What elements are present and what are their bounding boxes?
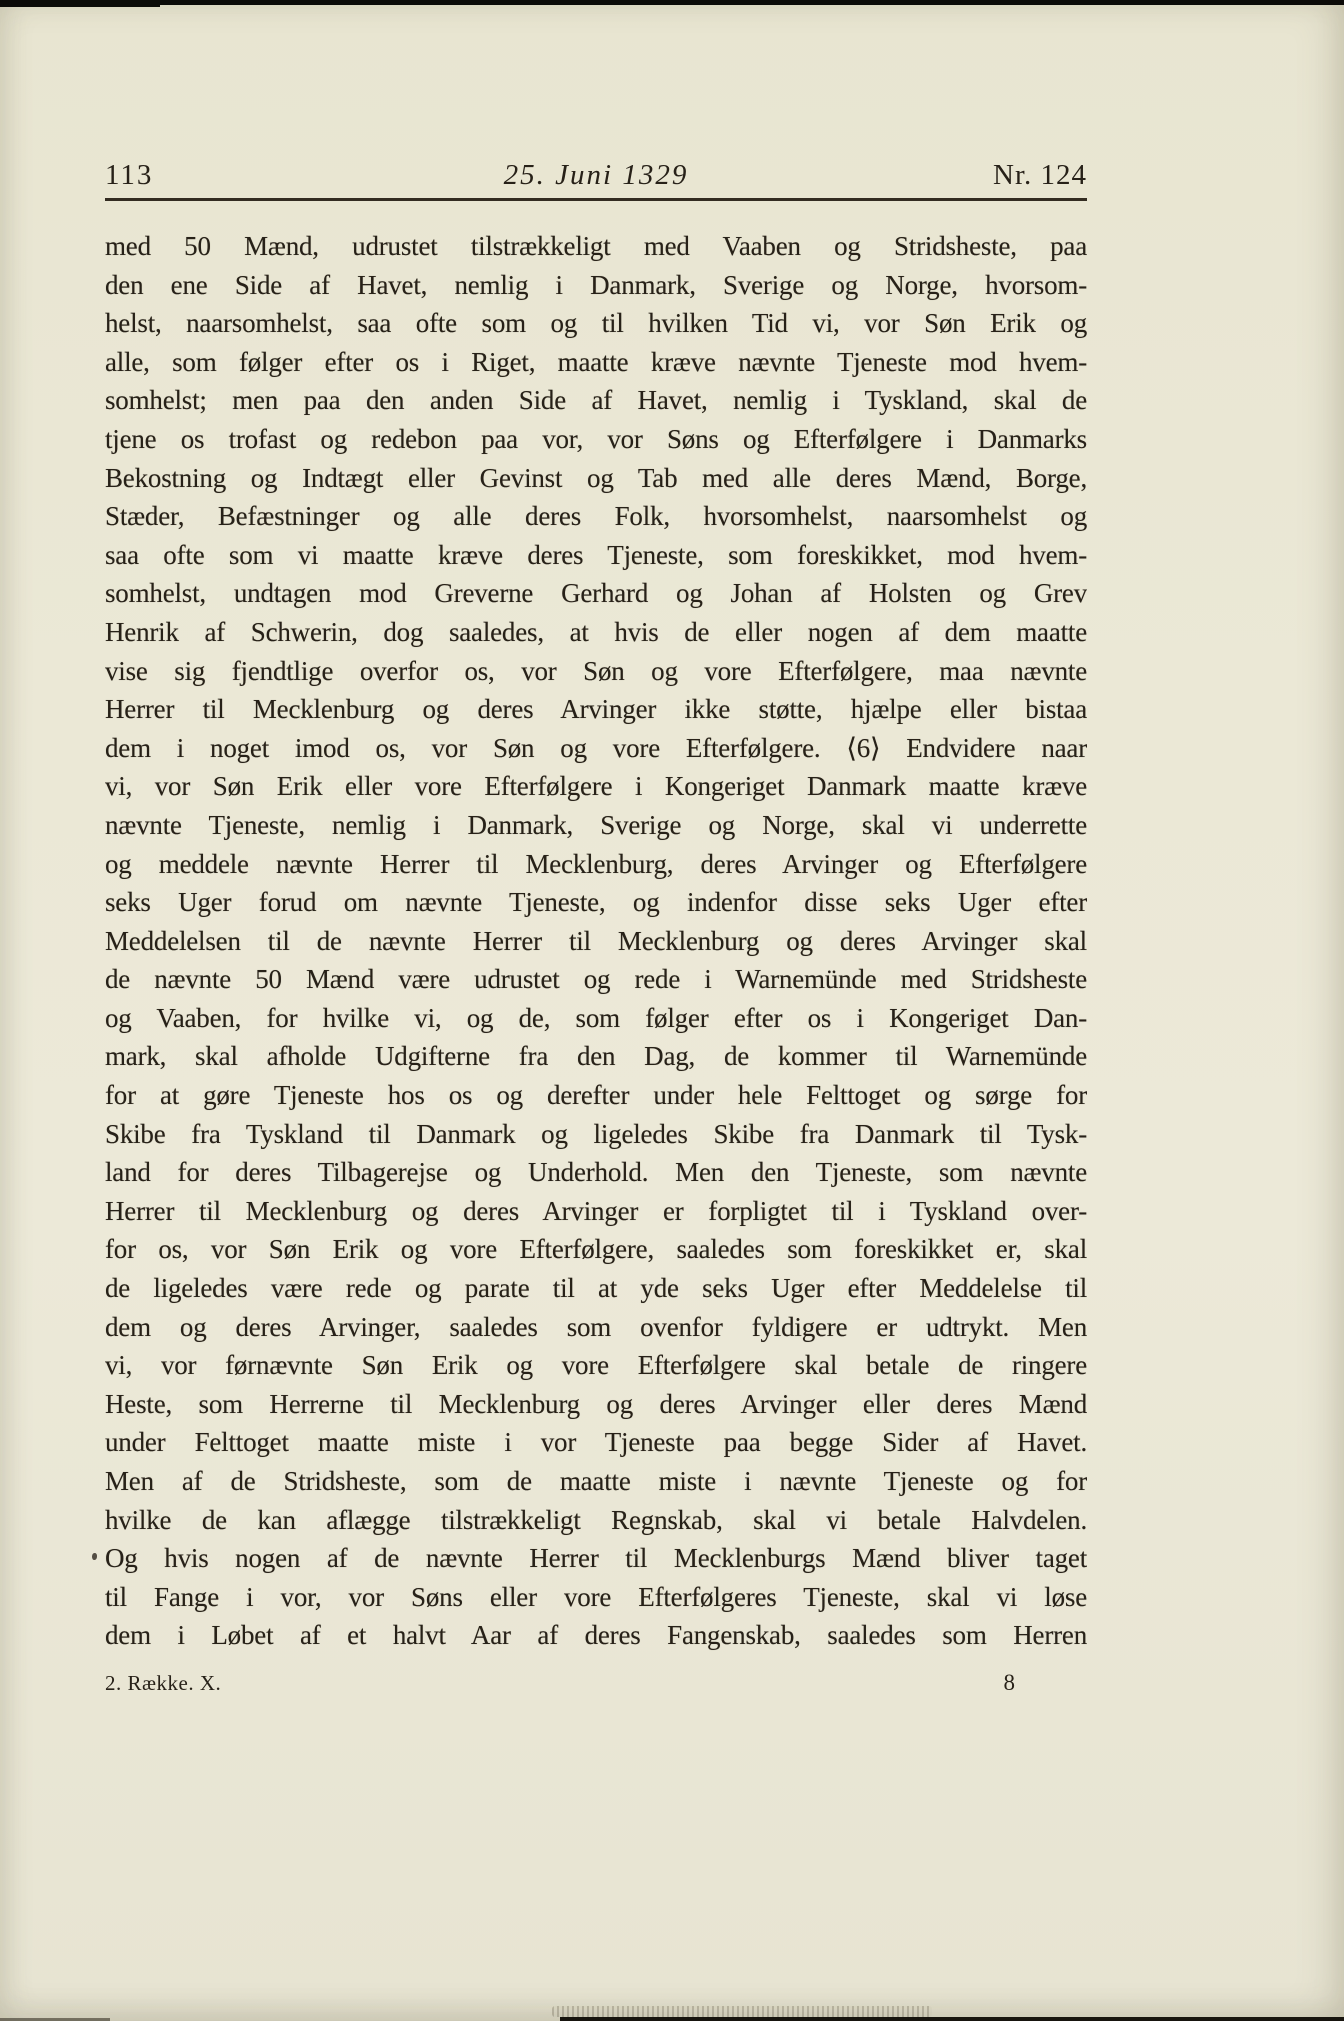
text-line: somhelst, undtagen mod Greverne Gerhard … xyxy=(105,574,1087,613)
text-line: helst, naarsomhelst, saa ofte som og til… xyxy=(105,304,1087,343)
text-line: dem i Løbet af et halvt Aar af deres Fan… xyxy=(105,1616,1087,1655)
text-line: saa ofte som vi maatte kræve deres Tjene… xyxy=(105,536,1087,575)
scan-top-edge-corner xyxy=(0,0,160,7)
text-line: land for deres Tilbagerejse og Underhold… xyxy=(105,1153,1087,1192)
header-rule xyxy=(105,198,1087,201)
text-line: nævnte Tjeneste, nemlig i Danmark, Sveri… xyxy=(105,806,1087,845)
document-body: med 50 Mænd, udrustet tilstrækkeligt med… xyxy=(105,227,1087,1655)
text-line: mark, skal afholde Udgifterne fra den Da… xyxy=(105,1037,1087,1076)
text-line: under Felttoget maatte miste i vor Tjene… xyxy=(105,1423,1087,1462)
text-line: Heste, som Herrerne til Mecklenburg og d… xyxy=(105,1385,1087,1424)
text-line: hvilke de kan aflægge tilstrækkeligt Reg… xyxy=(105,1501,1087,1540)
text-line: Meddelelsen til de nævnte Herrer til Mec… xyxy=(105,922,1087,961)
text-line: Herrer til Mecklenburg og deres Arvinger… xyxy=(105,1192,1087,1231)
page-header: 113 25. Juni 1329 Nr. 124 xyxy=(105,156,1087,192)
document-number: Nr. 124 xyxy=(993,159,1087,192)
text-line: de ligeledes være rede og parate til at … xyxy=(105,1269,1087,1308)
page-footer: 2. Række. X. 8 xyxy=(105,1666,1087,1696)
page-number: 113 xyxy=(105,159,153,192)
text-line: dem i noget imod os, vor Søn og vore Eft… xyxy=(105,729,1087,768)
text-line: og Vaaben, for hvilke vi, og de, som føl… xyxy=(105,999,1087,1038)
text-line: Bekostning og Indtægt eller Gevinst og T… xyxy=(105,459,1087,498)
text-line: den ene Side af Havet, nemlig i Danmark,… xyxy=(105,266,1087,305)
text-line: til Fange i vor, vor Søns eller vore Eft… xyxy=(105,1578,1087,1617)
text-line: for at gøre Tjeneste hos os og derefter … xyxy=(105,1076,1087,1115)
text-line: og meddele nævnte Herrer til Mecklenburg… xyxy=(105,845,1087,884)
text-line: tjene os trofast og redebon paa vor, vor… xyxy=(105,420,1087,459)
text-line: Men af de Stridsheste, som de maatte mis… xyxy=(105,1462,1087,1501)
scan-bottom-smudge xyxy=(552,2006,932,2017)
text-line: Og hvis nogen af de nævnte Herrer til Me… xyxy=(105,1539,1087,1578)
text-line: med 50 Mænd, udrustet tilstrækkeligt med… xyxy=(105,227,1087,266)
footer-series-label: 2. Række. X. xyxy=(105,1671,221,1696)
text-line: somhelst; men paa den anden Side af Have… xyxy=(105,381,1087,420)
scan-bottom-edge-right xyxy=(560,2017,1344,2021)
text-line: dem og deres Arvinger, saaledes som oven… xyxy=(105,1308,1087,1347)
text-line: for os, vor Søn Erik og vore Efterfølger… xyxy=(105,1230,1087,1269)
text-line: vi, vor Søn Erik eller vore Efterfølgere… xyxy=(105,767,1087,806)
text-line: vise sig fjendtlige overfor os, vor Søn … xyxy=(105,652,1087,691)
text-line: seks Uger forud om nævnte Tjeneste, og i… xyxy=(105,883,1087,922)
text-line: vi, vor førnævnte Søn Erik og vore Efter… xyxy=(105,1346,1087,1385)
header-date: 25. Juni 1329 xyxy=(504,159,689,192)
text-line: alle, som følger efter os i Riget, maatt… xyxy=(105,343,1087,382)
footer-signature-number: 8 xyxy=(1004,1670,1016,1696)
text-line: Herrer til Mecklenburg og deres Arvinger… xyxy=(105,690,1087,729)
text-line: de nævnte 50 Mænd være udrustet og rede … xyxy=(105,960,1087,999)
book-page: 113 25. Juni 1329 Nr. 124 med 50 Mænd, u… xyxy=(0,0,1344,2021)
text-line: Skibe fra Tyskland til Danmark og ligele… xyxy=(105,1115,1087,1154)
scan-speck xyxy=(92,1553,97,1560)
scan-top-edge xyxy=(0,0,1344,5)
text-line: Henrik af Schwerin, dog saaledes, at hvi… xyxy=(105,613,1087,652)
text-line: Stæder, Befæstninger og alle deres Folk,… xyxy=(105,497,1087,536)
